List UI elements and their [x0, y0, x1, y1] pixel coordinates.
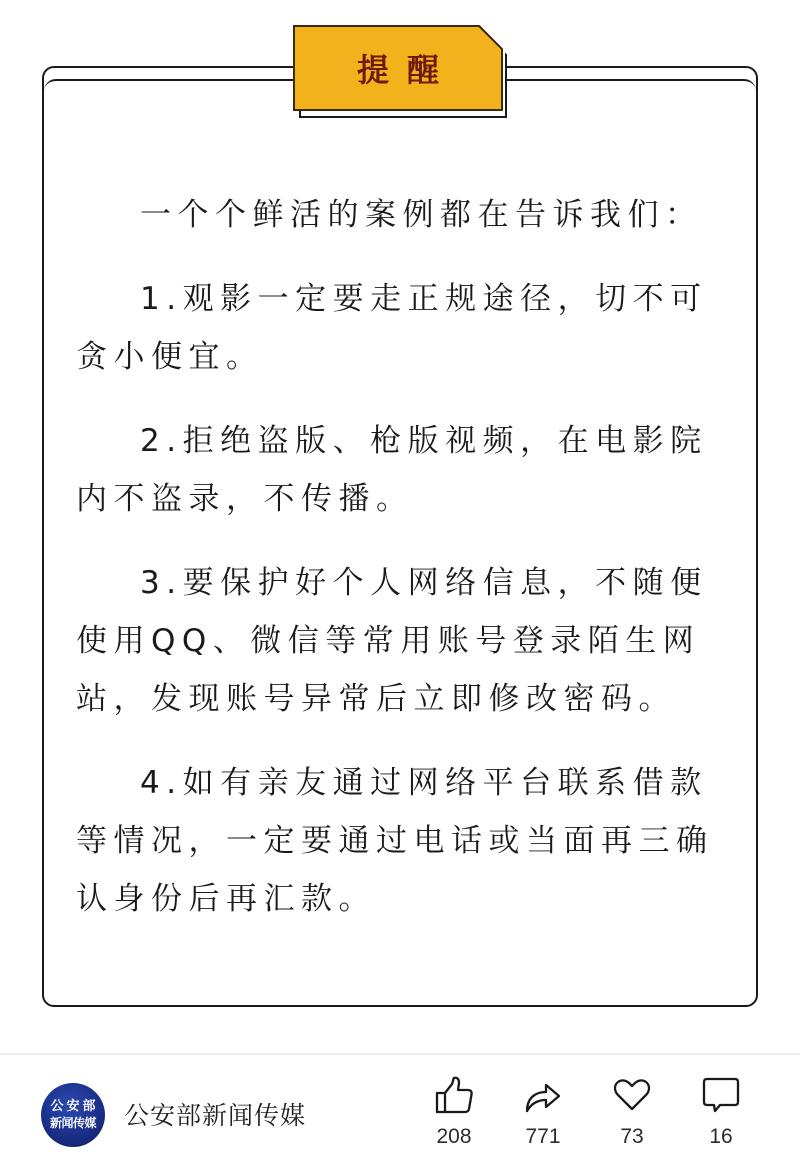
notice-content: 一个个鲜活的案例都在告诉我们： 1.观影一定要走正规途径，切不可贪小便宜。 2.… [76, 186, 732, 954]
thumbs-up-icon [433, 1075, 475, 1115]
favorite-button[interactable]: 73 [602, 1075, 662, 1149]
comment-count: 16 [709, 1125, 732, 1149]
share-icon [522, 1075, 564, 1115]
like-count: 208 [436, 1125, 471, 1149]
reminder-badge: 提醒 [293, 25, 503, 111]
favorite-count: 73 [620, 1125, 643, 1149]
avatar-line-2: 新闻传媒 [50, 1115, 96, 1132]
tip-item-3: 3.要保护好个人网络信息，不随便使用QQ、微信等常用账号登录陌生网站，发现账号异… [76, 554, 732, 728]
tip-item-4: 4.如有亲友通过网络平台联系借款等情况，一定要通过电话或当面再三确认身份后再汇款… [76, 754, 732, 928]
comment-icon [700, 1075, 742, 1115]
like-button[interactable]: 208 [424, 1075, 484, 1149]
intro-text: 一个个鲜活的案例都在告诉我们： [76, 186, 732, 244]
footer-divider [0, 1053, 800, 1055]
account-avatar[interactable]: 公安部 新闻传媒 [41, 1083, 105, 1147]
account-name[interactable]: 公安部新闻传媒 [124, 1096, 306, 1132]
tip-item-1: 1.观影一定要走正规途径，切不可贪小便宜。 [76, 270, 732, 386]
badge-title: 提醒 [339, 45, 457, 91]
tip-item-2: 2.拒绝盗版、枪版视频，在电影院内不盗录，不传播。 [76, 412, 732, 528]
avatar-line-1: 公安部 [47, 1098, 98, 1115]
share-button[interactable]: 771 [513, 1075, 573, 1149]
share-count: 771 [525, 1125, 560, 1149]
comment-button[interactable]: 16 [691, 1075, 751, 1149]
heart-icon [611, 1075, 653, 1115]
